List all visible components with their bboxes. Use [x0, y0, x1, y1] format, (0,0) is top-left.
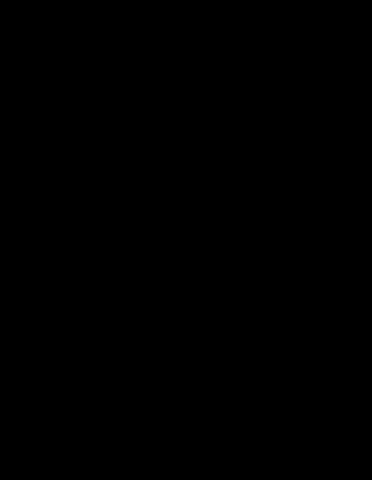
scene-svg	[0, 0, 372, 480]
photo-background	[0, 0, 372, 480]
charter-photograph	[0, 0, 372, 480]
